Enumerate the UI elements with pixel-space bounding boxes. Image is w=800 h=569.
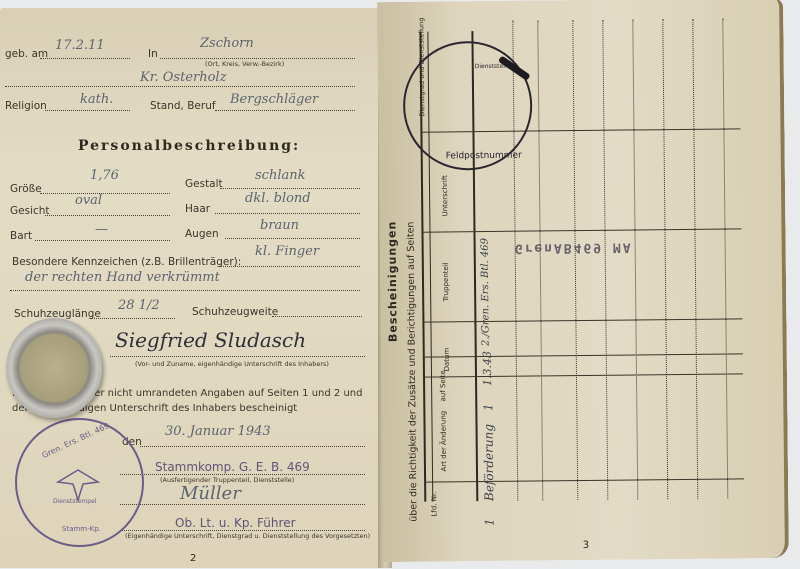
col-truppenteil: Truppenteil: [442, 262, 450, 301]
feldpost-stamp-text: Feldpostnummer: [446, 151, 522, 162]
face-value: oval: [75, 193, 102, 208]
col-art: Art der Änderung: [439, 411, 448, 472]
row1-seite: 1: [481, 403, 495, 411]
stamp-center: Dienststempel: [53, 498, 96, 505]
officer-signature: Müller: [180, 483, 241, 504]
row1-datum: 1.3.43: [481, 351, 494, 386]
mirrored-stamp-imprint: GrenAB469 MA: [515, 239, 633, 255]
hair-label: Haar: [185, 203, 210, 215]
stand-label: Stand, Beruf: [150, 100, 216, 112]
religion-value: kath.: [80, 92, 113, 107]
col-nr: Lfd. Nr.: [430, 492, 438, 517]
height-label: Größe: [10, 183, 42, 195]
eagle-emblem-icon: [53, 462, 103, 502]
row1-truppenteil: 2./Gren. Ers. Btl. 469: [480, 238, 492, 346]
right-subtitle: über die Richtigkeit der Zusätze und Ber…: [405, 222, 419, 522]
build-label: Gestalt: [185, 178, 223, 190]
build-value: schlank: [255, 168, 305, 183]
row1-nr: 1: [482, 518, 496, 526]
page-number-right: 3: [583, 540, 589, 551]
religion-label: Religion: [5, 100, 47, 112]
service-stamp-left: Gren. Ers. Btl. 469 Dienststempel Stamm-…: [15, 418, 144, 547]
height-value: 1,76: [90, 168, 119, 183]
born-value: 17.2.11: [55, 38, 105, 53]
signature-hint: (Vor- und Zuname, eigenhändige Unterschr…: [135, 360, 329, 368]
hair-value: dkl. blond: [245, 191, 311, 206]
face-label: Gesicht: [10, 205, 50, 217]
coin-object: [6, 318, 102, 418]
right-title: Bescheinigungen: [385, 221, 399, 342]
stamp-bottom: Stamm-Kp.: [62, 525, 101, 533]
eyes-value: braun: [260, 218, 299, 233]
row1-art: Beförderung: [482, 424, 497, 501]
shoe-length-value: 28 1/2: [118, 298, 160, 313]
section-title: Personalbeschreibung:: [78, 138, 300, 154]
beard-value: —: [95, 222, 108, 237]
stand-value: Bergschläger: [230, 92, 318, 107]
place-hint: (Ort, Kreis, Verw.-Bezirk): [205, 60, 284, 68]
marks-value: kl. Finger: [255, 244, 319, 259]
marks-value-2: der rechten Hand verkrümmt: [25, 270, 220, 285]
officer-title: Ob. Lt. u. Kp. Führer: [175, 516, 296, 530]
in-value: Zschorn: [200, 36, 254, 51]
stamp-text: Gren. Ers. Btl. 469: [41, 421, 111, 460]
open-booklet: geb. am 17.2.11 In Zschorn (Ort, Kreis, …: [0, 8, 790, 568]
marks-label: Besondere Kennzeichen (z.B. Brillenträge…: [12, 256, 241, 268]
place-value-2: Kr. Osterholz: [140, 70, 226, 85]
left-page: geb. am 17.2.11 In Zschorn (Ort, Kreis, …: [0, 8, 388, 568]
unit-stamp: Stammkomp. G. E. B. 469: [155, 460, 310, 474]
date-value: 30. Januar 1943: [165, 424, 271, 439]
feldpost-stamp: Feldpostnummer Dienststelle: [402, 41, 532, 171]
col-datum: Datum: [443, 348, 451, 372]
eyes-label: Augen: [185, 228, 219, 240]
in-label: In: [148, 48, 158, 60]
owner-signature: Siegfried Sludasch: [115, 328, 306, 352]
shoe-width-label: Schuhzeugweite: [192, 306, 278, 318]
page-number-left: 2: [190, 553, 196, 564]
officer-hint: (Eigenhändige Unterschrift, Dienstgrad u…: [125, 532, 370, 540]
beard-label: Bart: [10, 230, 32, 242]
col-unterschrift: Unterschrift: [441, 175, 449, 216]
col-seite: auf Seite: [439, 370, 447, 401]
right-page: Bescheinigungen über die Richtigkeit der…: [377, 0, 789, 562]
